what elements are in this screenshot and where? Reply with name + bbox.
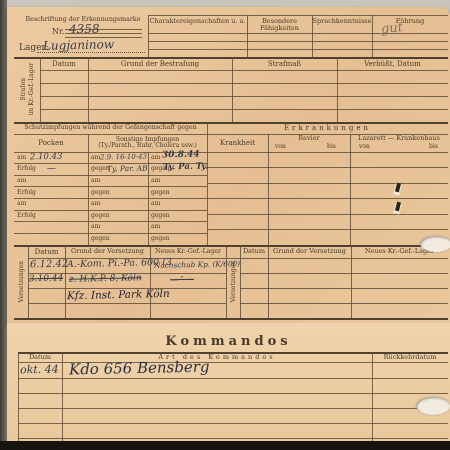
rule [65,245,66,318]
rule [207,214,448,215]
versetzungen-column-datum: Datum [28,248,65,256]
rule [207,167,448,168]
versetzung-grund-gestrichen: z. H.K.P. 8, Köln [69,274,142,285]
rule [40,109,448,110]
rule [148,49,448,50]
strafen-column-datum: Datum [40,60,88,68]
strafen-column-strafmass: Strafmaß [232,60,337,68]
card-bottom-edge [14,318,448,320]
rule [240,303,448,304]
strafen-column-verbuesst: Verbüßt, Datum [337,60,448,68]
column-sprachkenntnisse: Sprachkenntnisse [312,18,372,25]
rule [351,245,352,318]
rule [148,41,448,42]
kommando-art: Kdo 656 Bensberg [69,360,210,378]
rule [88,134,89,245]
kommandos-column-rueckkehrdatum: Rückkehrdatum [372,354,448,361]
strafen-side-label-line1: Strafen [20,78,27,101]
column-charaktereigenschaften: Charaktereigenschaften u. a. [148,18,247,25]
cell-label: Erfolg [17,166,36,173]
cell-label: am [91,178,100,185]
strafen-side-label-line2: im Kr.-Gef.-Lager [28,63,35,115]
cell-label: am [17,155,26,162]
impfung-sonstige1-gegen: Ty. Par. AB [107,165,148,173]
rule [14,233,207,234]
impfung-pocken-datum: 2.10.43 [30,153,63,162]
kommandos-card: Kommandos Datum Art des Kommandos Rückke… [7,323,450,441]
cell-label: am [91,224,100,231]
rule [18,352,19,442]
rule [40,96,448,97]
versetzung-datum-gestrichen: 3.10.44 [29,275,64,285]
versetzungen-side-label-left: Versetzungen [14,245,28,318]
rule [226,245,227,318]
rule [14,152,448,153]
upper-record-card: Beschriftung der Erkennungsmarke Nr. 435… [7,7,450,323]
rule [240,245,241,318]
rule [240,288,448,289]
strafen-column-grund: Grund der Bestrafung [88,60,232,68]
erkrankungen-title: Erkrankungen [207,124,448,132]
lazarett-von-label: von [359,144,370,151]
kommandos-column-datum: Datum [18,354,62,361]
versetzung-datum: 6.12.42 [30,260,68,271]
cell-label: gegen [91,190,110,197]
impfungen-column-pocken: Pocken [14,139,88,147]
cell-label: Erfolg [17,213,36,220]
punch-hole [416,397,450,415]
cell-label: gegen [151,213,170,220]
rule [14,186,207,187]
rule [207,229,448,230]
versetzungen-column-grund: Grund der Versetzung [65,248,150,255]
erkrankungen-column-revier: Revier [268,135,350,142]
cell-label: am [17,178,26,185]
revier-bis-label: bis [327,144,336,151]
kommandos-title: Kommandos [7,335,450,350]
rule [372,352,373,442]
punch-hole [420,236,450,252]
versetzung-grund: Kfz. Inst. Park Köln [67,289,170,302]
cell-label: gegen [151,236,170,243]
rule [28,303,226,304]
rule [62,352,63,442]
rule [207,198,448,199]
rule [18,393,448,394]
cell-label: Erfolg [17,190,36,197]
rule [40,70,448,71]
nr-label: Nr. [52,27,65,36]
kommando-datum: okt. 44 [20,364,59,376]
nr-handwritten-value: 4358 [69,23,100,36]
versetzung-neues-gestrichen: — ″ — [170,276,194,285]
lager-handwritten-value: Lugjaninow [43,38,114,51]
versetzungen-column-datum: Datum [240,248,268,255]
section-divider [14,57,448,59]
cell-label: am [151,224,160,231]
versetzungen-column-grund: Grund der Versetzung [268,248,351,255]
rule [148,15,448,16]
scanned-pow-record-card: { "header": { "beschriftung": "Beschrift… [0,0,450,450]
rule [14,198,207,199]
rule [18,423,448,424]
impfung-pocken-erfolg: — [47,165,56,174]
column-besondere-faehigkeiten: Besondere Fähigkeiten [247,18,312,33]
versetzung-neues-lager: Nachschub Kp. (K/600) [154,260,240,269]
rule [18,408,448,409]
cell-label: am [17,201,26,208]
impfungen-title: Schutzimpfungen während der Gefangenscha… [14,124,207,131]
cell-label: gegen [91,213,110,220]
cell-label: am [91,201,100,208]
rule [240,273,448,274]
erkrankungen-column-krankheit: Krankheit [207,139,268,147]
rule [40,83,448,84]
impfung-sonstige2-datum: 30.8.44 [162,151,200,161]
erkrankungen-column-lazarett: Lazarett — Krankenhaus [350,135,448,142]
cell-label: gegen [151,190,170,197]
rule [14,175,207,176]
rule [18,438,448,439]
revier-von-label: von [275,144,286,151]
versetzungen-side-label-right: Versetzungen [226,245,240,318]
versetzungen-side-label-text: Versetzungen [18,261,25,302]
fuehrung-handwritten-value: gut [380,21,403,36]
cell-label: am [151,178,160,185]
cell-label: am [151,155,160,162]
cell-label: am [91,155,100,162]
impfung-sonstige1-datum: 2.9. 16-10-43 [100,154,147,162]
rule [150,245,151,318]
rule [14,210,207,211]
scan-background-bottom-edge [0,441,450,450]
rule [14,221,207,222]
strafen-side-label: Strafen im Kr.-Gef.-Lager [14,57,40,122]
cell-label: am [151,201,160,208]
cell-label: gegen [91,236,110,243]
impfung-sonstige2-gegen: Ty. Pa. Ty. [163,163,208,172]
scan-background-left-edge [0,0,7,450]
rule [207,183,448,184]
versetzungen-column-neues-lager: Neues Kr.-Gef.-Lager [150,248,226,255]
lazarett-bis-label: bis [429,144,438,151]
rule [268,245,269,318]
